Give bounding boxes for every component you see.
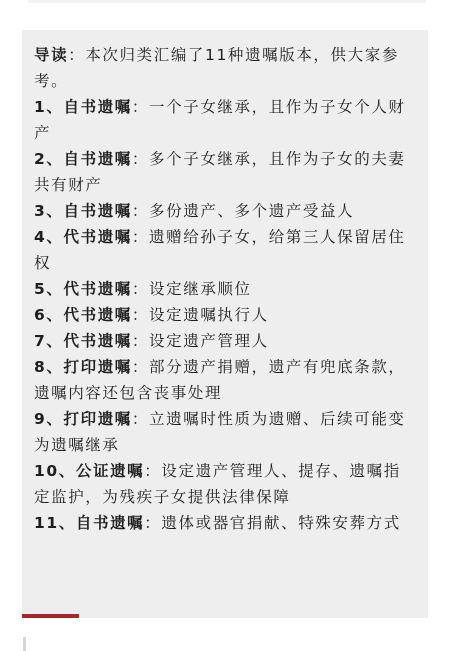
item-number: 10、 (34, 462, 76, 480)
item-number: 5、 (34, 280, 64, 298)
item-colon: ： (132, 332, 149, 350)
intro-line-1: 导读：本次归类汇编了11种遗嘱版本，供大家参 (34, 42, 416, 68)
item-colon: ： (144, 462, 161, 480)
list-item-10-cont: 定监护，为残疾子女提供法律保障 (34, 484, 416, 510)
item-desc-cont: 为遗嘱继承 (34, 436, 120, 454)
item-desc: 遗赠给孙子女，给第三人保留居住 (149, 228, 406, 246)
top-divider (28, 0, 426, 3)
item-colon: ： (132, 150, 149, 168)
item-number: 9、 (34, 410, 64, 428)
item-type: 自书遗嘱 (76, 514, 144, 532)
item-type: 打印遗嘱 (64, 358, 132, 376)
intro-label: 导读 (34, 46, 68, 64)
item-colon: ： (132, 358, 149, 376)
item-type: 代书遗嘱 (64, 306, 132, 324)
item-number: 4、 (34, 228, 64, 246)
item-type: 打印遗嘱 (64, 410, 132, 428)
will-types-summary-card: 导读：本次归类汇编了11种遗嘱版本，供大家参 考。 1、自书遗嘱：一个子女继承，… (22, 30, 428, 618)
list-item-4-cont: 权 (34, 250, 416, 276)
item-desc-cont: 权 (34, 254, 51, 272)
quote-bar-mark (23, 637, 26, 651)
item-desc-cont: 遗嘱内容还包含丧事处理 (34, 384, 222, 402)
item-desc: 遗体或器官捐献、特殊安葬方式 (161, 514, 400, 532)
list-item-8: 8、打印遗嘱：部分遗产捐赠，遗产有兜底条款， (34, 354, 416, 380)
intro-text-cont: 考。 (34, 72, 68, 90)
intro-colon: ： (68, 46, 85, 64)
item-number: 7、 (34, 332, 64, 350)
item-type: 代书遗嘱 (64, 332, 132, 350)
item-type: 自书遗嘱 (64, 98, 132, 116)
item-number: 1、 (34, 98, 64, 116)
list-item-3: 3、自书遗嘱：多份遗产、多个遗产受益人 (34, 198, 416, 224)
item-colon: ： (132, 410, 149, 428)
accent-underline-bar (22, 614, 79, 618)
list-item-1-cont: 产 (34, 120, 416, 146)
list-item-6: 6、代书遗嘱：设定遗嘱执行人 (34, 302, 416, 328)
list-item-7: 7、代书遗嘱：设定遗产管理人 (34, 328, 416, 354)
item-type: 代书遗嘱 (64, 228, 132, 246)
item-type: 公证遗嘱 (76, 462, 144, 480)
item-desc-cont: 定监护，为残疾子女提供法律保障 (34, 488, 291, 506)
list-item-5: 5、代书遗嘱：设定继承顺位 (34, 276, 416, 302)
list-item-9: 9、打印遗嘱：立遗嘱时性质为遗赠、后续可能变 (34, 406, 416, 432)
item-desc: 设定遗嘱执行人 (149, 306, 269, 324)
list-item-11: 11、自书遗嘱：遗体或器官捐献、特殊安葬方式 (34, 510, 416, 536)
item-colon: ： (144, 514, 161, 532)
item-desc: 设定遗产管理人、提存、遗嘱指 (161, 462, 400, 480)
list-item-1: 1、自书遗嘱：一个子女继承，且作为子女个人财 (34, 94, 416, 120)
item-number: 6、 (34, 306, 64, 324)
item-desc: 多个子女继承，且作为子女的夫妻 (149, 150, 406, 168)
item-number: 3、 (34, 202, 64, 220)
item-desc: 立遗嘱时性质为遗赠、后续可能变 (149, 410, 406, 428)
list-item-8-cont: 遗嘱内容还包含丧事处理 (34, 380, 416, 406)
item-type: 代书遗嘱 (64, 280, 132, 298)
item-number: 8、 (34, 358, 64, 376)
item-colon: ： (132, 280, 149, 298)
list-item-9-cont: 为遗嘱继承 (34, 432, 416, 458)
item-desc: 设定遗产管理人 (149, 332, 269, 350)
item-desc: 多份遗产、多个遗产受益人 (149, 202, 354, 220)
list-item-2-cont: 共有财产 (34, 172, 416, 198)
intro-text: 本次归类汇编了11种遗嘱版本，供大家参 (85, 46, 399, 64)
item-desc: 一个子女继承，且作为子女个人财 (149, 98, 406, 116)
intro-line-2: 考。 (34, 68, 416, 94)
list-item-4: 4、代书遗嘱：遗赠给孙子女，给第三人保留居住 (34, 224, 416, 250)
list-item-2: 2、自书遗嘱：多个子女继承，且作为子女的夫妻 (34, 146, 416, 172)
item-type: 自书遗嘱 (64, 202, 132, 220)
item-colon: ： (132, 202, 149, 220)
item-desc: 部分遗产捐赠，遗产有兜底条款， (149, 358, 406, 376)
item-number: 11、 (34, 514, 76, 532)
item-desc-cont: 产 (34, 124, 51, 142)
item-desc-cont: 共有财产 (34, 176, 102, 194)
item-type: 自书遗嘱 (64, 150, 132, 168)
item-desc: 设定继承顺位 (149, 280, 252, 298)
item-colon: ： (132, 228, 149, 246)
item-number: 2、 (34, 150, 64, 168)
item-colon: ： (132, 98, 149, 116)
item-colon: ： (132, 306, 149, 324)
list-item-10: 10、公证遗嘱：设定遗产管理人、提存、遗嘱指 (34, 458, 416, 484)
